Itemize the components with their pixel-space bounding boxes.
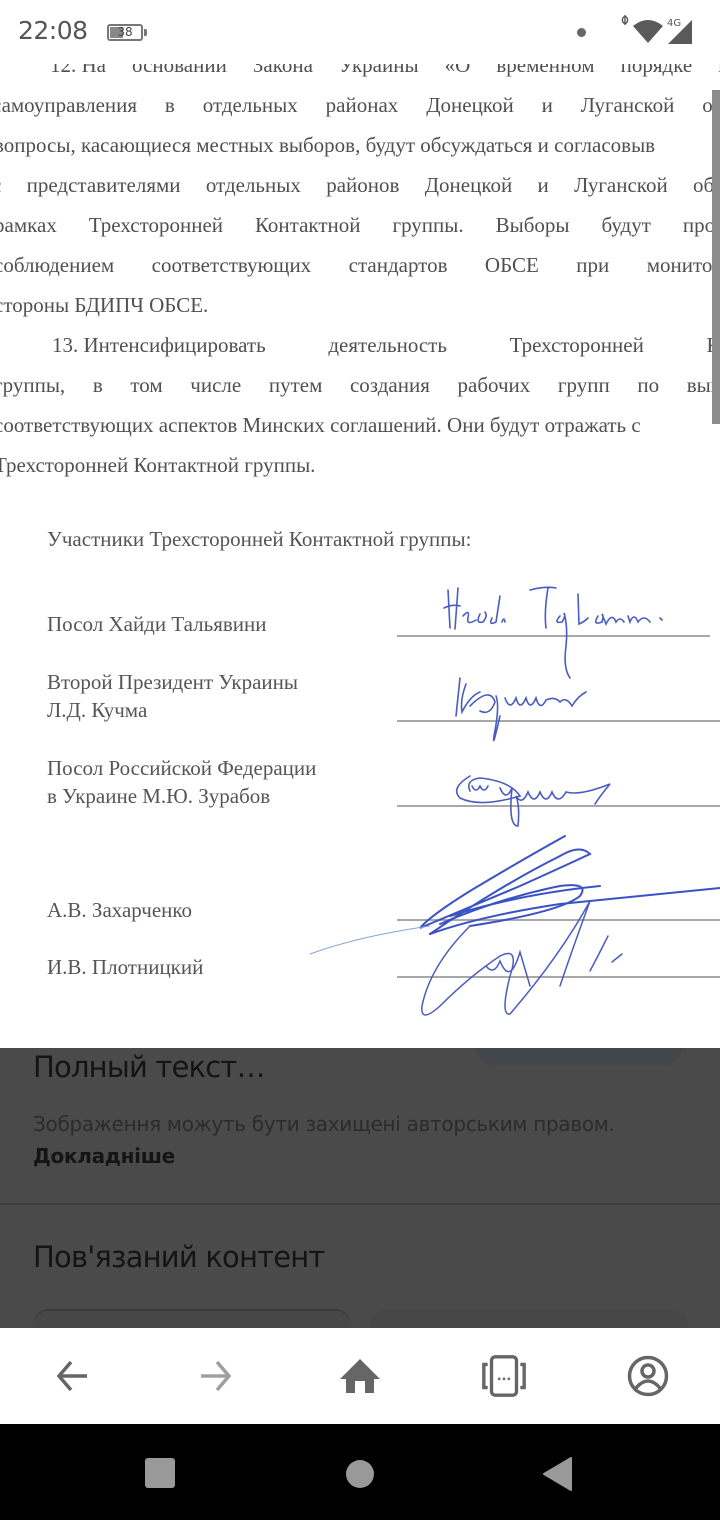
account-button[interactable] [624,1352,672,1400]
notification-dot-icon [577,28,586,37]
arrow-left-icon [52,1356,92,1396]
signature-zakharchenko [310,836,720,954]
learn-more-link[interactable]: Докладніше [33,1144,175,1168]
status-time: 22:08 [18,16,88,45]
tabs-button[interactable] [480,1352,528,1400]
network-type: 4G [667,18,681,29]
arrow-right-icon [196,1356,236,1396]
image-info-panel: Полный текст… Зображення можуть бути зах… [0,1048,720,1328]
battery-level: 38 [109,25,141,39]
document-image[interactable]: 12. НаоснованииЗаконаУкраины«Овременномп… [0,56,720,1048]
copyright-notice: Зображення можуть бути захищені авторськ… [33,1108,633,1172]
forward-button[interactable] [192,1352,240,1400]
system-navigation-bar [0,1424,720,1520]
circle-icon [345,1459,375,1489]
related-content-heading: Пов'язаний контент [33,1240,325,1274]
vpn-key-icon [622,15,627,25]
battery-icon: 38 [107,24,143,41]
browser-toolbar [0,1328,720,1424]
home-icon [338,1354,382,1398]
signature-zurabov [457,776,610,826]
related-card[interactable] [370,1309,688,1328]
back-nav-button[interactable] [536,1452,580,1496]
signature-kuchma [456,678,586,741]
related-card[interactable] [33,1309,351,1328]
signature-tagliavini [444,587,662,678]
wifi-icon [633,20,663,43]
battery-tip [144,29,147,36]
scrollbar-thumb[interactable] [712,90,720,424]
panel-action-button[interactable] [476,1048,682,1065]
signatures-drawing [0,56,720,1048]
divider [0,1203,720,1205]
triangle-back-icon [543,1457,573,1491]
status-bar: 22:08 38 4G [0,0,720,64]
status-icons: 4G [620,12,700,53]
recents-button[interactable] [138,1452,182,1496]
home-button[interactable] [336,1352,384,1400]
tabs-switcher-icon [480,1354,528,1398]
image-title: Полный текст… [33,1050,265,1084]
account-icon [626,1354,670,1398]
home-nav-button[interactable] [338,1452,382,1496]
square-icon [145,1458,175,1490]
back-button[interactable] [48,1352,96,1400]
